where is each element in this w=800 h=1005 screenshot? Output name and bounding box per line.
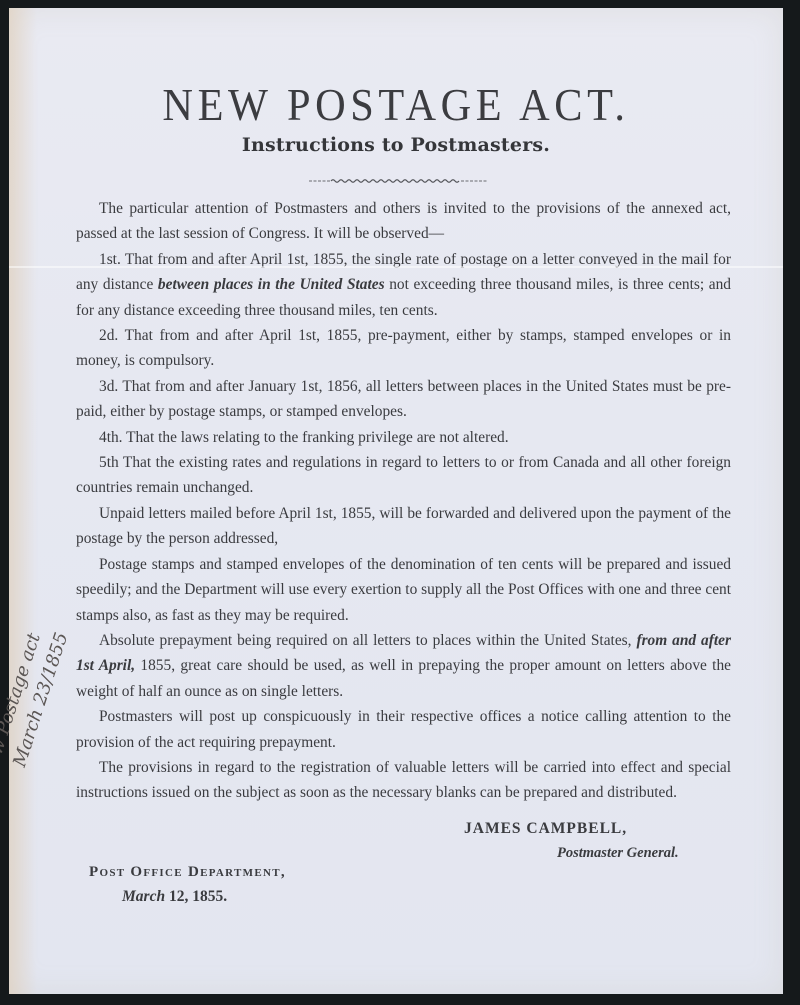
- issue-date: March 12, 1855.: [122, 888, 227, 906]
- page-title: NEW POSTAGE ACT.: [40, 78, 752, 131]
- paragraph-absolute-prepayment: Absolute prepayment being required on al…: [76, 628, 731, 704]
- date-rest: 12, 1855.: [165, 888, 227, 905]
- paragraph-postage-stamps: Postage stamps and stamped envelopes of …: [76, 552, 731, 628]
- ornamental-divider: [309, 178, 487, 184]
- paragraph-text: Absolute prepayment being required on al…: [99, 632, 636, 649]
- paragraph-3d: 3d. That from and after January 1st, 185…: [76, 374, 731, 425]
- paragraph-text: 1855, great care should be used, as well…: [76, 657, 731, 699]
- paragraph-5th: 5th That the existing rates and regulati…: [76, 450, 731, 501]
- signature-name: JAMES CAMPBELL,: [464, 820, 627, 838]
- paragraph-2d: 2d. That from and after April 1st, 1855,…: [76, 323, 731, 374]
- paragraph-post-notice: Postmasters will post up conspicuously i…: [76, 704, 731, 755]
- document-body: The particular attention of Postmasters …: [76, 196, 731, 806]
- italic-phrase: between places in the United States: [158, 276, 385, 293]
- department-label: Post Office Department,: [89, 864, 286, 881]
- paragraph-unpaid-letters: Unpaid letters mailed before April 1st, …: [76, 501, 731, 552]
- page-subtitle: Instructions to Postmasters.: [9, 134, 783, 156]
- signature-title: Postmaster General.: [557, 845, 679, 862]
- document-page: NEW POSTAGE ACT. Instructions to Postmas…: [9, 8, 783, 994]
- paragraph-4th: 4th. That the laws relating to the frank…: [76, 425, 731, 450]
- paragraph-1st: 1st. That from and after April 1st, 1855…: [76, 247, 731, 323]
- paragraph-intro: The particular attention of Postmasters …: [76, 196, 731, 247]
- paragraph-registration: The provisions in regard to the registra…: [76, 755, 731, 806]
- date-month: March: [122, 888, 165, 905]
